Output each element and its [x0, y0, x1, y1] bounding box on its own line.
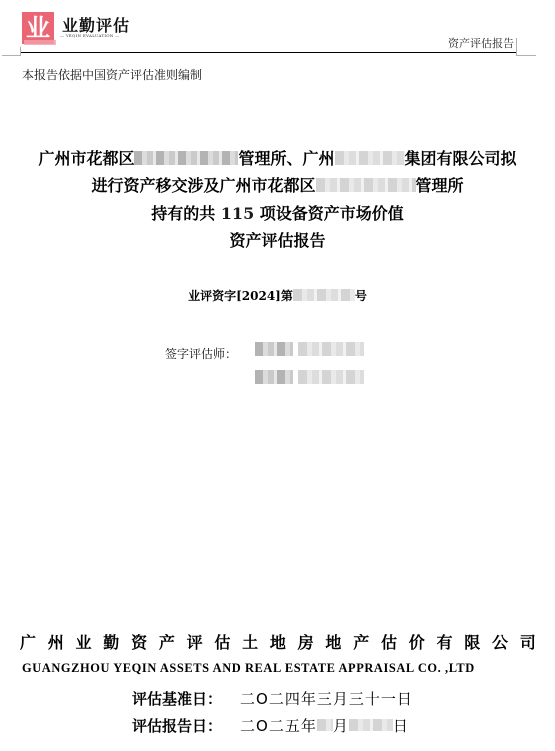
company-char: 产 [159, 630, 175, 653]
base-date-value: 二O二四年三月三十一日 [240, 690, 413, 708]
corner-mark-left-h [2, 55, 20, 56]
company-char: 广 [20, 630, 36, 653]
logo-stamp-mark [24, 40, 56, 45]
company-char: 房 [298, 630, 314, 653]
company-char: 产 [353, 630, 369, 653]
title-text: 管理所、广州 [238, 149, 334, 168]
report-date-day-suffix: 日 [393, 717, 409, 735]
company-char: 限 [464, 630, 480, 653]
company-char: 业 [76, 630, 92, 653]
report-number-prefix: 业评资字[2024]第 [188, 289, 293, 303]
title-text: 资产评估报告 [229, 231, 325, 250]
company-name-cn: 广 州 业 勤 资 产 评 估 土 地 房 地 产 估 价 有 限 公 司 [20, 630, 536, 653]
base-date-row: 评估基准日：二O二四年三月三十一日 [132, 688, 413, 709]
title-text: 管理所 [416, 176, 464, 195]
title-text: 持有的共 [151, 204, 221, 223]
signer-label: 签字评估师： [165, 345, 237, 362]
title-text: 进行资产移交涉及广州市花都区 [91, 176, 315, 195]
redacted-text [316, 178, 416, 192]
corner-mark-right-v [516, 38, 517, 56]
company-char: 勤 [103, 630, 119, 653]
report-date-value: 二O二五年月日 [240, 717, 409, 735]
logo-name-en: — YEQIN EVALUATION — [60, 33, 120, 38]
report-date-label: 评估报告日： [132, 717, 222, 735]
company-char: 土 [242, 630, 258, 653]
title-line-2: 进行资产移交涉及广州市花都区管理所 [0, 173, 555, 196]
title-line-3: 持有的共 115 项设备资产市场价值 [0, 201, 555, 224]
corner-mark-left-v [20, 47, 21, 56]
company-char: 州 [48, 630, 64, 653]
title-line-1: 广州市花都区管理所、广州集团有限公司拟 [0, 146, 555, 169]
redacted-text [293, 289, 355, 301]
company-char: 价 [409, 630, 425, 653]
header-doc-type: 资产评估报告 [448, 35, 514, 51]
equipment-count: 115 [221, 204, 254, 223]
title-text: 广州市花都区 [38, 149, 134, 168]
company-char: 有 [436, 630, 452, 653]
company-char: 评 [187, 630, 203, 653]
title-text: 集团有限公司拟 [405, 149, 517, 168]
redacted-signer-id-2 [298, 370, 364, 384]
company-char: 地 [270, 630, 286, 653]
redacted-day [349, 719, 393, 731]
redacted-signer-id-1 [298, 342, 364, 356]
redacted-signer-name-1 [255, 342, 293, 356]
title-text: 项设备资产市场价值 [254, 204, 404, 223]
company-char: 公 [492, 630, 508, 653]
company-char: 估 [381, 630, 397, 653]
base-date-label: 评估基准日： [132, 690, 222, 708]
report-date-month-suffix: 月 [333, 717, 349, 735]
redacted-text [134, 151, 238, 165]
company-char: 资 [131, 630, 147, 653]
report-date-year: 二O二五年 [240, 717, 317, 735]
report-number: 业评资字[2024]第号 [0, 287, 555, 304]
title-line-4: 资产评估报告 [0, 228, 555, 251]
report-date-row: 评估报告日：二O二五年月日 [132, 715, 409, 736]
company-name-en: GUANGZHOU YEQIN ASSETS AND REAL ESTATE A… [22, 661, 475, 676]
company-char: 司 [520, 630, 536, 653]
header-rule [20, 52, 516, 53]
redacted-signer-name-2 [255, 370, 293, 384]
basis-note: 本报告依据中国资产评估准则编制 [22, 66, 202, 83]
redacted-month [317, 719, 333, 731]
company-char: 估 [214, 630, 230, 653]
report-number-suffix: 号 [355, 289, 367, 303]
corner-mark-right-h [516, 55, 536, 56]
company-char: 地 [325, 630, 341, 653]
redacted-text [335, 151, 405, 165]
